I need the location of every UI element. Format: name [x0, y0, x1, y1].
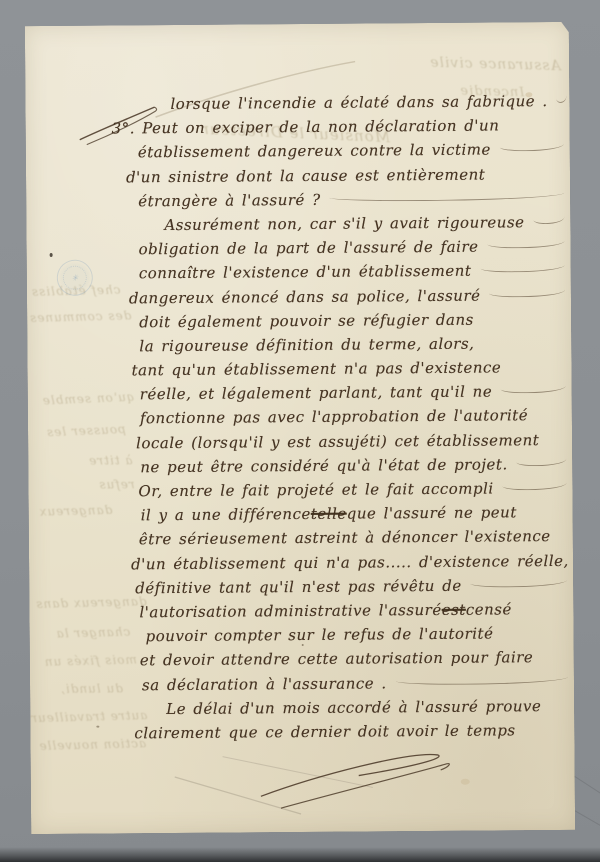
manuscript-line: il y a une différence telle que l'assuré… — [115, 503, 569, 531]
manuscript-text: censé — [466, 600, 512, 618]
manuscript-line: doit également pouvoir se réfugier dans — [113, 310, 567, 338]
manuscript-line: étrangère à l'assuré ? — [112, 189, 566, 217]
manuscript-text: que l'assuré ne peut — [347, 503, 517, 522]
manuscript-line: 3°. Peut on exciper de la non déclaratio… — [112, 116, 566, 144]
line-filler-stroke — [517, 454, 567, 466]
struck-word: telle — [311, 505, 347, 523]
manuscript-text: locale (lorsqu'il y est assujéti) cet ét… — [136, 431, 539, 452]
paper-stain — [525, 92, 532, 97]
manuscript-text: sa déclaration à l'assurance . — [142, 674, 387, 694]
manuscript-line: sa déclaration à l'assurance . — [116, 672, 570, 700]
manuscript-text: connaître l'existence d'un établissement — [139, 262, 472, 283]
manuscript-text: fonctionne pas avec l'approbation de l'a… — [140, 407, 528, 428]
manuscript-text: définitive tant qu'il n'est pas révêtu d… — [135, 576, 462, 597]
manuscript-text-block: lorsque l'incendie a éclaté dans sa fabr… — [111, 92, 570, 749]
manuscript-text: d'un établissement qui n'a pas..... d'ex… — [131, 551, 569, 572]
bleedthrough-fragment: dangereux — [38, 503, 112, 519]
line-filler-stroke — [533, 212, 564, 224]
manuscript-text: d'un sinistre dont la cause est entièrem… — [126, 165, 485, 186]
line-filler-stroke — [501, 382, 566, 394]
manuscript-text: 3°. Peut on exciper de la non déclaratio… — [112, 117, 500, 138]
ink-speck — [96, 726, 99, 728]
manuscript-line: l'autorisation administrative l'assuré e… — [115, 600, 569, 628]
line-filler-stroke — [503, 478, 567, 490]
paper-stain — [461, 779, 470, 785]
manuscript-text: il y a une différence — [141, 505, 311, 524]
manuscript-line: locale (lorsqu'il y est assujéti) cet ét… — [114, 431, 568, 459]
line-filler-stroke — [480, 261, 564, 273]
manuscript-text: dangereux énoncé dans sa police, l'assur… — [129, 286, 481, 307]
manuscript-text: lorsque l'incendie a éclaté dans sa fabr… — [170, 92, 547, 113]
manuscript-text: doit également pouvoir se réfugier dans — [139, 310, 474, 331]
signature-paraph-icon — [160, 741, 461, 818]
ink-bleedthrough-layer: Assurance civileIncendieMonsieur le Dire… — [25, 22, 569, 26]
line-filler-stroke — [396, 672, 568, 685]
manuscript-page: Assurance civileIncendieMonsieur le Dire… — [25, 22, 575, 834]
manuscript-text: Or, entre le fait projeté et le fait acc… — [138, 479, 493, 500]
manuscript-text: et devoir attendre cette autorisation po… — [140, 648, 534, 669]
manuscript-text: tant qu'un établissement n'a pas d'exist… — [131, 358, 501, 379]
manuscript-text: ne peut être considéré qu'à l'état de pr… — [140, 455, 508, 476]
manuscript-text: l'autorisation administrative l'assuré — [139, 601, 441, 621]
manuscript-line: ne peut être considéré qu'à l'état de pr… — [114, 455, 568, 483]
line-filler-stroke — [489, 285, 565, 297]
manuscript-line: établissement dangereux contre la victim… — [112, 140, 566, 168]
manuscript-line: définitive tant qu'il n'est pas révêtu d… — [115, 576, 569, 604]
line-filler-stroke — [471, 575, 568, 587]
manuscript-text: établissement dangereux contre la victim… — [138, 141, 491, 162]
manuscript-line: la rigoureuse définition du terme, alors… — [113, 334, 567, 362]
manuscript-line: lorsque l'incendie a éclaté dans sa fabr… — [111, 92, 565, 120]
bleedthrough-fragment: du lundi, — [60, 681, 123, 695]
manuscript-line: Or, entre le fait projeté et le fait acc… — [114, 479, 568, 507]
manuscript-text: Le délai d'un mois accordé à l'assuré pr… — [166, 697, 541, 718]
ink-speck — [50, 253, 53, 257]
manuscript-text: Assurément non, car s'il y avait rigoure… — [164, 213, 524, 234]
line-filler-stroke — [330, 188, 565, 201]
line-filler-stroke — [557, 91, 567, 103]
struck-word: est — [442, 601, 466, 619]
manuscript-text: clairement que ce dernier doit avoir le … — [134, 721, 515, 742]
manuscript-line: dangereux énoncé dans sa police, l'assur… — [113, 285, 567, 313]
line-filler-stroke — [487, 237, 564, 249]
manuscript-line: Le délai d'un mois accordé à l'assuré pr… — [116, 697, 570, 725]
bleedthrough-fragment: Assurance civile — [429, 55, 561, 75]
manuscript-text: la rigoureuse définition du terme, alors… — [139, 335, 474, 356]
manuscript-text: pouvoir compter sur le refus de l'autori… — [146, 625, 494, 646]
photo-backdrop-edge — [0, 847, 600, 862]
manuscript-text: obligation de la part de l'assuré de fai… — [139, 238, 479, 259]
manuscript-text: étrangère à l'assuré ? — [138, 191, 321, 210]
manuscript-line: réelle, et légalement parlant, tant qu'i… — [114, 382, 568, 410]
manuscript-line: pouvoir compter sur le refus de l'autori… — [116, 624, 570, 652]
manuscript-text: être sérieusement astreint à dénoncer l'… — [139, 527, 551, 548]
manuscript-line: être sérieusement astreint à dénoncer l'… — [115, 527, 569, 555]
manuscript-text: réelle, et légalement parlant, tant qu'i… — [140, 383, 493, 404]
manuscript-line: tant qu'un établissement n'a pas d'exist… — [113, 358, 567, 386]
manuscript-line: fonctionne pas avec l'approbation de l'a… — [114, 406, 568, 434]
line-filler-stroke — [500, 140, 564, 152]
ink-speck — [302, 644, 304, 646]
